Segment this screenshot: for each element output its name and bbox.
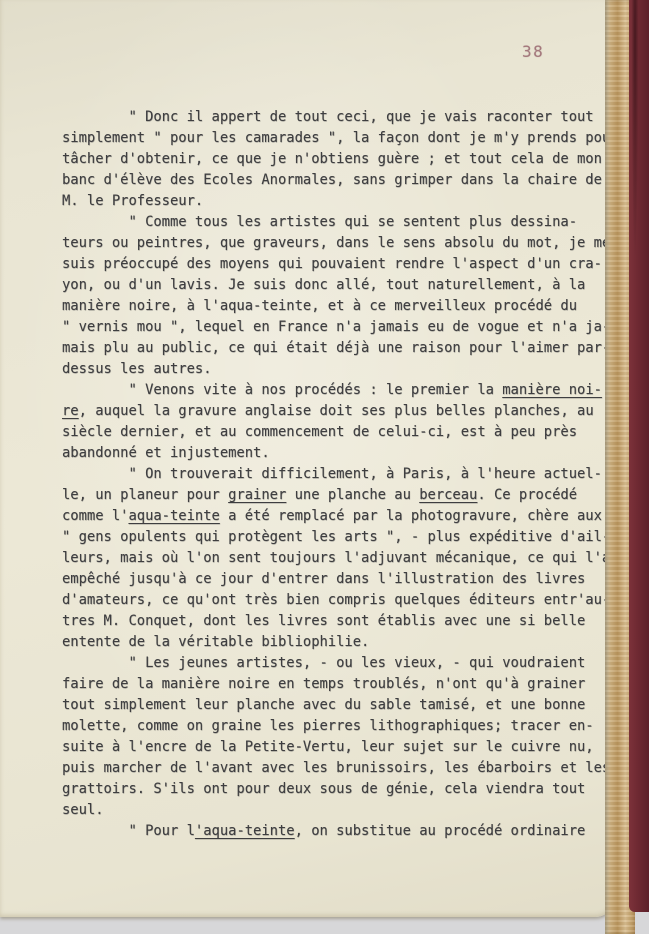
text-segment: molette, comme on graine les pierres lit… [62, 718, 594, 734]
text-segment: banc d'élève des Ecoles Anormales, sans … [62, 172, 602, 188]
text-segment: une planche au [286, 487, 419, 503]
text-line: simplement " pour les camarades ", la fa… [62, 128, 618, 149]
text-line: " vernis mou ", lequel en France n'a jam… [62, 317, 618, 338]
text-line: teurs ou peintres, que graveurs, dans le… [62, 233, 618, 254]
text-line: " Venons vite à nos procédés : le premie… [62, 380, 618, 401]
text-line: grattoirs. S'ils ont pour deux sous de g… [62, 779, 618, 800]
text-line: empêché jusqu'à ce jour d'entrer dans l'… [62, 569, 618, 590]
text-line: faire de la manière noire en temps troub… [62, 674, 618, 695]
text-line: " Comme tous les artistes qui se sentent… [62, 212, 618, 233]
text-line: puis marcher de l'avant avec les bruniss… [62, 758, 618, 779]
underlined-text: berceau [419, 487, 477, 503]
text-segment: teurs ou peintres, que graveurs, dans le… [62, 235, 610, 251]
text-segment: " Comme tous les artistes qui se sentent… [62, 214, 577, 230]
page-number: 38 [522, 42, 544, 61]
text-segment: a été remplacé par la photogravure, chèr… [220, 508, 602, 524]
text-segment: le, un planeur pour [62, 487, 228, 503]
text-segment: empêché jusqu'à ce jour d'entrer dans l'… [62, 571, 585, 587]
text-segment: suite à l'encre de la Petite-Vertu, leur… [62, 739, 594, 755]
text-line: " Pour l'aqua-teinte, on substitue au pr… [62, 821, 618, 842]
text-line: " Donc il appert de tout ceci, que je va… [62, 107, 618, 128]
text-segment: tâcher d'obtenir, ce que je n'obtiens gu… [62, 151, 602, 167]
text-segment: abandonné et injustement. [62, 445, 270, 461]
underlined-text: grainer [228, 487, 286, 503]
text-segment: seul. [62, 802, 104, 818]
text-segment: mais plu au public, ce qui était déjà un… [62, 340, 610, 356]
book-cover [629, 0, 649, 912]
book-page: 38 " Donc il appert de tout ceci, que je… [0, 0, 612, 917]
text-line: d'amateurs, ce qu'ont très bien compris … [62, 590, 618, 611]
text-segment: " Pour l [62, 823, 195, 839]
text-segment: " vernis mou ", lequel en France n'a jam… [62, 319, 610, 335]
text-line: suis préoccupé des moyens qui pouvaient … [62, 254, 618, 275]
text-segment: " Les jeunes artistes, - ou les vieux, -… [62, 655, 585, 671]
text-line: siècle dernier, et au commencement de ce… [62, 422, 618, 443]
text-segment: " On trouverait difficilement, à Paris, … [62, 466, 602, 482]
text-line: " gens opulents qui protègent les arts "… [62, 527, 618, 548]
text-line: tres M. Conquet, dont les livres sont ét… [62, 611, 618, 632]
text-line: seul. [62, 800, 618, 821]
underlined-text: 'aqua-teinte [195, 823, 295, 839]
text-segment: suis préoccupé des moyens qui pouvaient … [62, 256, 602, 272]
text-line: dessus les autres. [62, 359, 618, 380]
text-segment: leurs, mais où l'on sent toujours l'adju… [62, 550, 610, 566]
text-segment: dessus les autres. [62, 361, 212, 377]
text-segment: " Donc il appert de tout ceci, que je va… [62, 109, 594, 125]
underlined-text: re [62, 403, 79, 419]
text-line: yon, ou d'un lavis. Je suis donc allé, t… [62, 275, 618, 296]
text-line: le, un planeur pour grainer une planche … [62, 485, 618, 506]
text-segment: faire de la manière noire en temps troub… [62, 676, 585, 692]
text-segment: yon, ou d'un lavis. Je suis donc allé, t… [62, 277, 585, 293]
text-line: comme l'aqua-teinte a été remplacé par l… [62, 506, 618, 527]
text-segment: tres M. Conquet, dont les livres sont ét… [62, 613, 585, 629]
text-segment: puis marcher de l'avant avec les bruniss… [62, 760, 610, 776]
text-line: molette, comme on graine les pierres lit… [62, 716, 618, 737]
text-segment: . Ce procédé [477, 487, 577, 503]
page-text: " Donc il appert de tout ceci, que je va… [62, 107, 618, 842]
text-line: entente de la véritable bibliophilie. [62, 632, 618, 653]
underlined-text: aqua-teinte [128, 508, 219, 524]
text-segment: " gens opulents qui protègent les arts "… [62, 529, 610, 545]
text-line: re, auquel la gravure anglaise doit ses … [62, 401, 618, 422]
text-segment: siècle dernier, et au commencement de ce… [62, 424, 577, 440]
text-line: manière noire, à l'aqua-teinte, et à ce … [62, 296, 618, 317]
text-line: M. le Professeur. [62, 191, 618, 212]
text-line: tâcher d'obtenir, ce que je n'obtiens gu… [62, 149, 618, 170]
text-segment: , auquel la gravure anglaise doit ses pl… [79, 403, 594, 419]
text-segment: grattoirs. S'ils ont pour deux sous de g… [62, 781, 585, 797]
text-line: banc d'élève des Ecoles Anormales, sans … [62, 170, 618, 191]
text-line: suite à l'encre de la Petite-Vertu, leur… [62, 737, 618, 758]
text-segment: tout simplement leur planche avec du sab… [62, 697, 585, 713]
text-line: mais plu au public, ce qui était déjà un… [62, 338, 618, 359]
text-line: tout simplement leur planche avec du sab… [62, 695, 618, 716]
text-segment: simplement " pour les camarades ", la fa… [62, 130, 619, 146]
text-segment: manière noire, à l'aqua-teinte, et à ce … [62, 298, 577, 314]
text-segment: , on substitue au procédé ordinaire [295, 823, 586, 839]
text-line: " On trouverait difficilement, à Paris, … [62, 464, 618, 485]
text-segment: comme l' [62, 508, 128, 524]
text-line: " Les jeunes artistes, - ou les vieux, -… [62, 653, 618, 674]
text-line: abandonné et injustement. [62, 443, 618, 464]
text-segment: d'amateurs, ce qu'ont très bien compris … [62, 592, 610, 608]
text-segment: M. le Professeur. [62, 193, 203, 209]
text-segment: entente de la véritable bibliophilie. [62, 634, 369, 650]
text-segment: " Venons vite à nos procédés : le premie… [62, 382, 502, 398]
text-line: leurs, mais où l'on sent toujours l'adju… [62, 548, 618, 569]
underlined-text: manière noi- [502, 382, 602, 398]
